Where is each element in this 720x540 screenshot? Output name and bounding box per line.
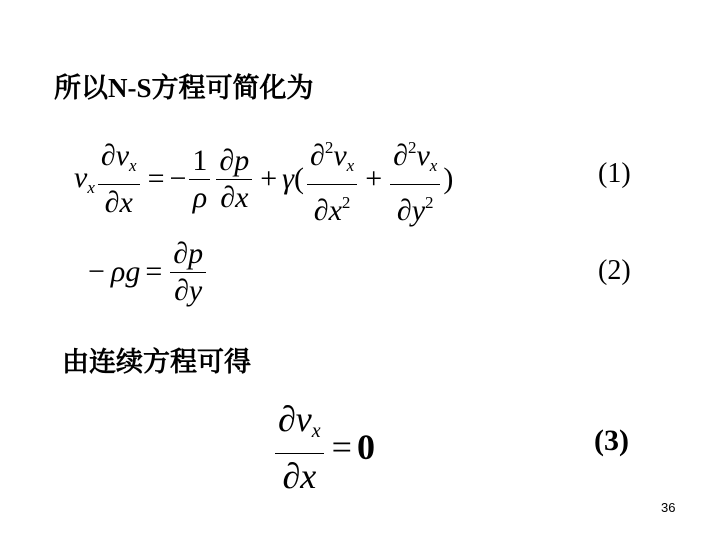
eq1-lparen: (: [294, 162, 304, 196]
equation-1-label: (1): [598, 158, 631, 190]
eq1-lhs-coef: vx: [74, 161, 95, 198]
equation-3-label: (3): [594, 424, 629, 458]
eq1-dp-dx: ∂p ∂x: [216, 144, 252, 215]
eq1-plus: +: [260, 162, 277, 196]
eq3-dvx-dx: ∂vx ∂x: [275, 398, 324, 497]
equation-1: vx ∂vx ∂x = − 1 ρ ∂p ∂x + γ ( ∂2vx ∂x2 +…: [74, 138, 453, 220]
eq1-d2vx-dx2: ∂2vx ∂x2: [307, 131, 357, 228]
eq3-equals: =: [332, 426, 352, 468]
page-number: 36: [661, 500, 675, 515]
eq1-rparen: ): [443, 162, 453, 196]
equation-3: ∂vx ∂x = 0: [272, 402, 375, 492]
heading-ns-simplified: 所以N-S方程可简化为: [54, 66, 314, 105]
eq2-dp-dy: ∂p ∂y: [170, 237, 206, 308]
equation-2: − ρg = ∂p ∂y: [88, 232, 209, 312]
eq2-minus: −: [88, 255, 105, 289]
eq1-equals: =: [148, 162, 165, 196]
eq3-zero: 0: [357, 426, 375, 468]
eq1-gamma: γ: [282, 162, 294, 196]
eq1-plus-2: +: [365, 162, 382, 196]
eq1-lhs-fraction: ∂vx ∂x: [98, 139, 140, 220]
heading-continuity: 由连续方程可得: [62, 340, 251, 379]
eq2-equals: =: [145, 255, 162, 289]
eq1-d2vx-dy2: ∂2vx ∂y2: [390, 131, 440, 228]
equation-2-label: (2): [598, 255, 631, 287]
eq1-minus: −: [169, 162, 186, 196]
eq1-one-over-rho: 1 ρ: [189, 144, 210, 215]
eq2-rho-g: ρg: [111, 255, 140, 289]
